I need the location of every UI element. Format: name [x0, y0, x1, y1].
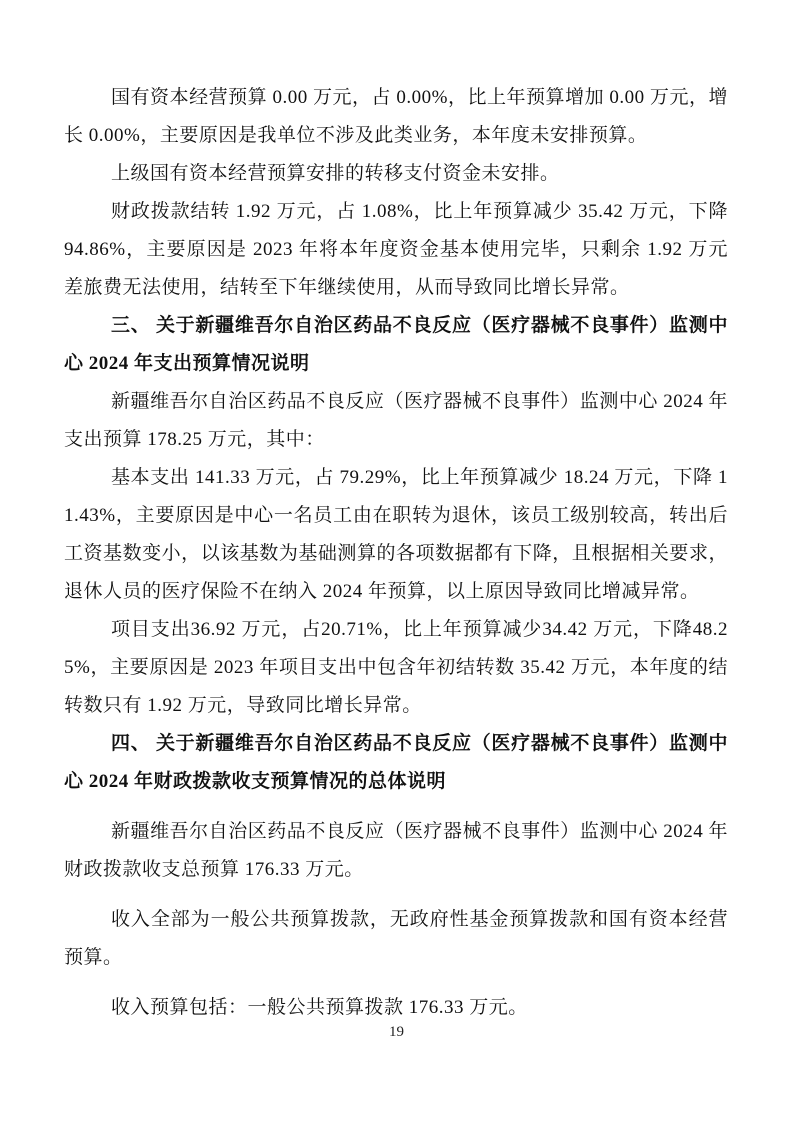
paragraph-carryover-funds: 财政拨款结转 1.92 万元，占 1.08%，比上年预算减少 35.42 万元，…: [64, 193, 728, 307]
paragraph-project-expenditure: 项目支出36.92 万元，占20.71%，比上年预算减少34.42 万元，下降4…: [64, 611, 728, 725]
paragraph-basic-expenditure: 基本支出 141.33 万元，占 79.29%，比上年预算减少 18.24 万元…: [64, 459, 728, 611]
paragraph-soe-budget: 国有资本经营预算 0.00 万元，占 0.00%，比上年预算增加 0.00 万元…: [64, 79, 728, 155]
paragraph-fiscal-total-budget: 新疆维吾尔自治区药品不良反应（医疗器械不良事件）监测中心 2024 年财政拨款收…: [64, 813, 728, 889]
paragraph-expenditure-total: 新疆维吾尔自治区药品不良反应（医疗器械不良事件）监测中心 2024 年支出预算 …: [64, 383, 728, 459]
page-number: 19: [0, 1022, 793, 1042]
document-page: 国有资本经营预算 0.00 万元，占 0.00%，比上年预算增加 0.00 万元…: [0, 0, 793, 1122]
document-body: 国有资本经营预算 0.00 万元，占 0.00%，比上年预算增加 0.00 万元…: [64, 79, 728, 1027]
section-heading-3: 三、 关于新疆维吾尔自治区药品不良反应（医疗器械不良事件）监测中心 2024 年…: [64, 307, 728, 383]
paragraph-income-source: 收入全部为一般公共预算拨款，无政府性基金预算拨款和国有资本经营预算。: [64, 901, 728, 977]
paragraph-superior-transfer: 上级国有资本经营预算安排的转移支付资金未安排。: [64, 155, 728, 193]
section-heading-4: 四、 关于新疆维吾尔自治区药品不良反应（医疗器械不良事件）监测中心 2024 年…: [64, 725, 728, 801]
